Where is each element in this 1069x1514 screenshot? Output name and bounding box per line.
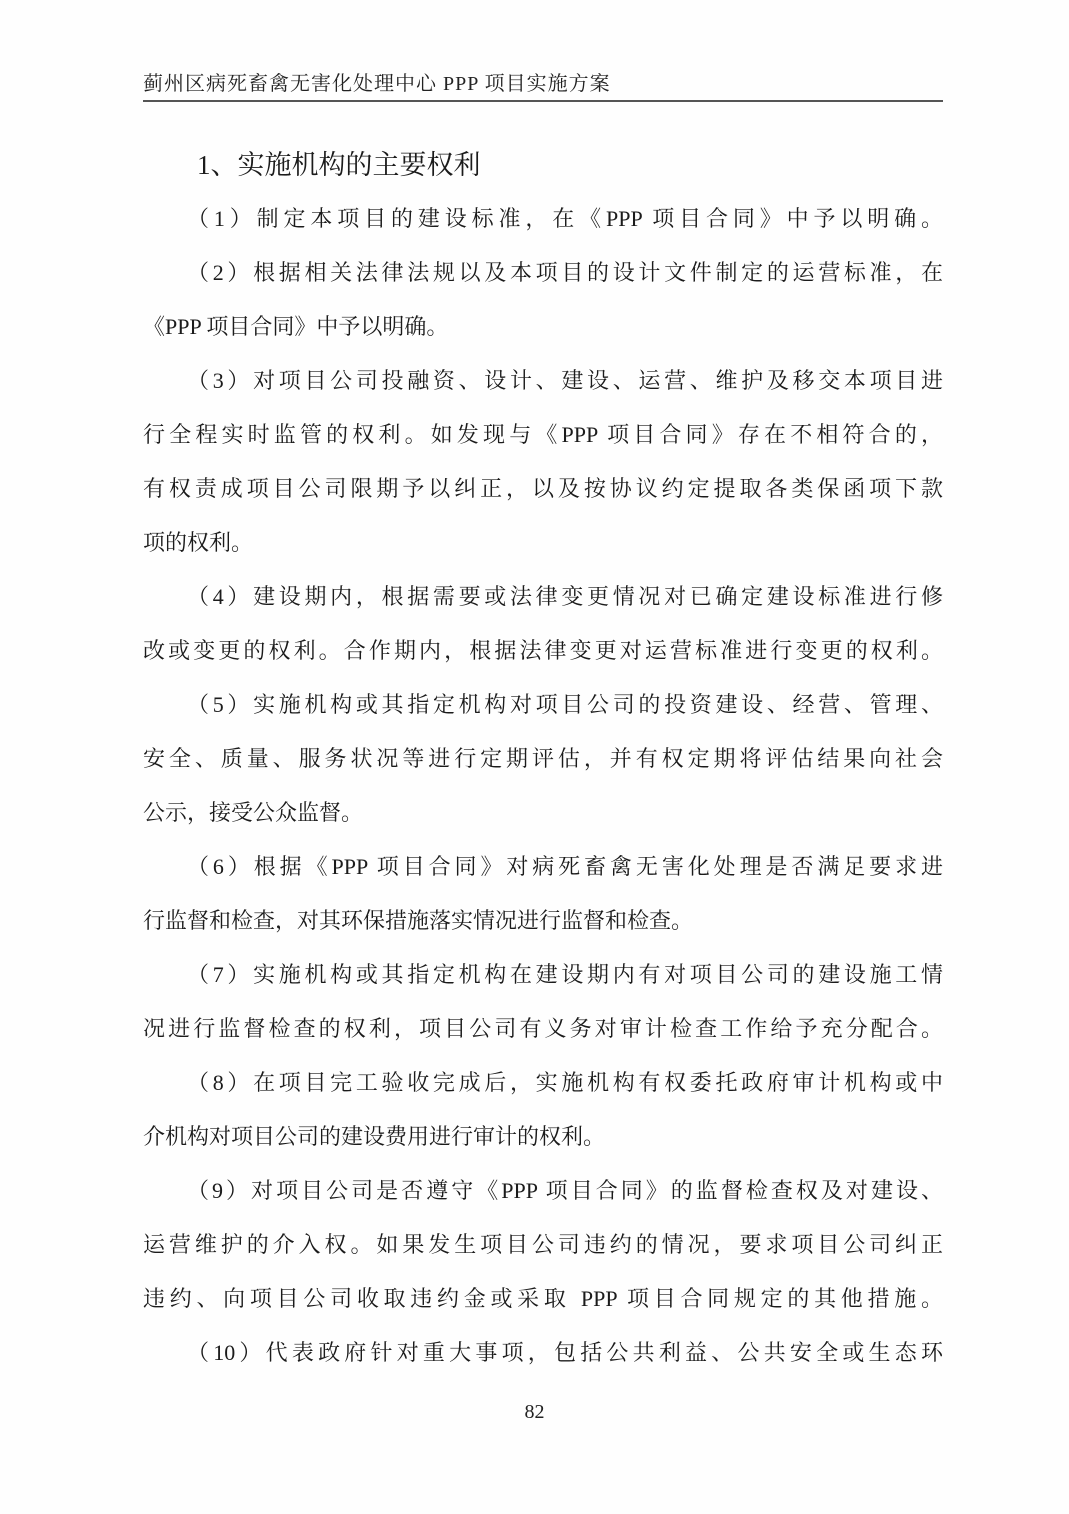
text-line: （6）根据《PPP 项目合同》对病死畜禽无害化处理是否满足要求进 xyxy=(143,840,943,894)
text-line: （1）制定本项目的建设标准，在《PPP 项目合同》中予以明确。 xyxy=(143,192,943,246)
text-line: 行监督和检查，对其环保措施落实情况进行监督和检查。 xyxy=(143,894,943,948)
section-heading: 1、实施机构的主要权利 xyxy=(143,138,943,192)
paragraph: （6）根据《PPP 项目合同》对病死畜禽无害化处理是否满足要求进行监督和检查，对… xyxy=(143,840,943,948)
paragraph: （4）建设期内，根据需要或法律变更情况对已确定建设标准进行修改或变更的权利。合作… xyxy=(143,570,943,678)
paragraph: （8）在项目完工验收完成后，实施机构有权委托政府审计机构或中介机构对项目公司的建… xyxy=(143,1056,943,1164)
text-line: （7）实施机构或其指定机构在建设期内有对项目公司的建设施工情 xyxy=(143,948,943,1002)
header-title: 蓟州区病死畜禽无害化处理中心 PPP 项目实施方案 xyxy=(143,72,943,96)
paragraph: （1）制定本项目的建设标准，在《PPP 项目合同》中予以明确。 xyxy=(143,192,943,246)
text-line: （2）根据相关法律法规以及本项目的设计文件制定的运营标准，在 xyxy=(143,246,943,300)
text-line: 项的权利。 xyxy=(143,516,943,570)
paragraph: （9）对项目公司是否遵守《PPP 项目合同》的监督检查权及对建设、运营维护的介入… xyxy=(143,1164,943,1326)
page-footer: 82 xyxy=(0,1399,1069,1425)
text-line: 《PPP 项目合同》中予以明确。 xyxy=(143,300,943,354)
text-line: （10）代表政府针对重大事项，包括公共利益、公共安全或生态环 xyxy=(143,1326,943,1380)
text-line: 公示，接受公众监督。 xyxy=(143,786,943,840)
text-line: （9）对项目公司是否遵守《PPP 项目合同》的监督检查权及对建设、 xyxy=(143,1164,943,1218)
page-number: 82 xyxy=(0,1399,1069,1425)
text-line: 改或变更的权利。合作期内，根据法律变更对运营标准进行变更的权利。 xyxy=(143,624,943,678)
document-page: 蓟州区病死畜禽无害化处理中心 PPP 项目实施方案 1、实施机构的主要权利（1）… xyxy=(0,0,1069,1514)
text-line: 行全程实时监管的权利。如发现与《PPP 项目合同》存在不相符合的， xyxy=(143,408,943,462)
text-line: 运营维护的介入权。如果发生项目公司违约的情况，要求项目公司纠正 xyxy=(143,1218,943,1272)
document-body: 1、实施机构的主要权利（1）制定本项目的建设标准，在《PPP 项目合同》中予以明… xyxy=(143,138,943,1380)
text-line: 违约、向项目公司收取违约金或采取 PPP 项目合同规定的其他措施。 xyxy=(143,1272,943,1326)
text-line: （5）实施机构或其指定机构对项目公司的投资建设、经营、管理、 xyxy=(143,678,943,732)
text-line: 况进行监督检查的权利，项目公司有义务对审计检查工作给予充分配合。 xyxy=(143,1002,943,1056)
text-line: （8）在项目完工验收完成后，实施机构有权委托政府审计机构或中 xyxy=(143,1056,943,1110)
text-line: 1、实施机构的主要权利 xyxy=(143,138,943,192)
paragraph: （2）根据相关法律法规以及本项目的设计文件制定的运营标准，在《PPP 项目合同》… xyxy=(143,246,943,354)
text-line: 安全、质量、服务状况等进行定期评估，并有权定期将评估结果向社会 xyxy=(143,732,943,786)
paragraph: （3）对项目公司投融资、设计、建设、运营、维护及移交本项目进行全程实时监管的权利… xyxy=(143,354,943,570)
paragraph: （7）实施机构或其指定机构在建设期内有对项目公司的建设施工情况进行监督检查的权利… xyxy=(143,948,943,1056)
text-line: 介机构对项目公司的建设费用进行审计的权利。 xyxy=(143,1110,943,1164)
text-line: 有权责成项目公司限期予以纠正，以及按协议约定提取各类保函项下款 xyxy=(143,462,943,516)
header-rule xyxy=(143,100,943,102)
text-line: （4）建设期内，根据需要或法律变更情况对已确定建设标准进行修 xyxy=(143,570,943,624)
page-header: 蓟州区病死畜禽无害化处理中心 PPP 项目实施方案 xyxy=(143,72,943,102)
text-line: （3）对项目公司投融资、设计、建设、运营、维护及移交本项目进 xyxy=(143,354,943,408)
paragraph: （10）代表政府针对重大事项，包括公共利益、公共安全或生态环 xyxy=(143,1326,943,1380)
paragraph: （5）实施机构或其指定机构对项目公司的投资建设、经营、管理、安全、质量、服务状况… xyxy=(143,678,943,840)
